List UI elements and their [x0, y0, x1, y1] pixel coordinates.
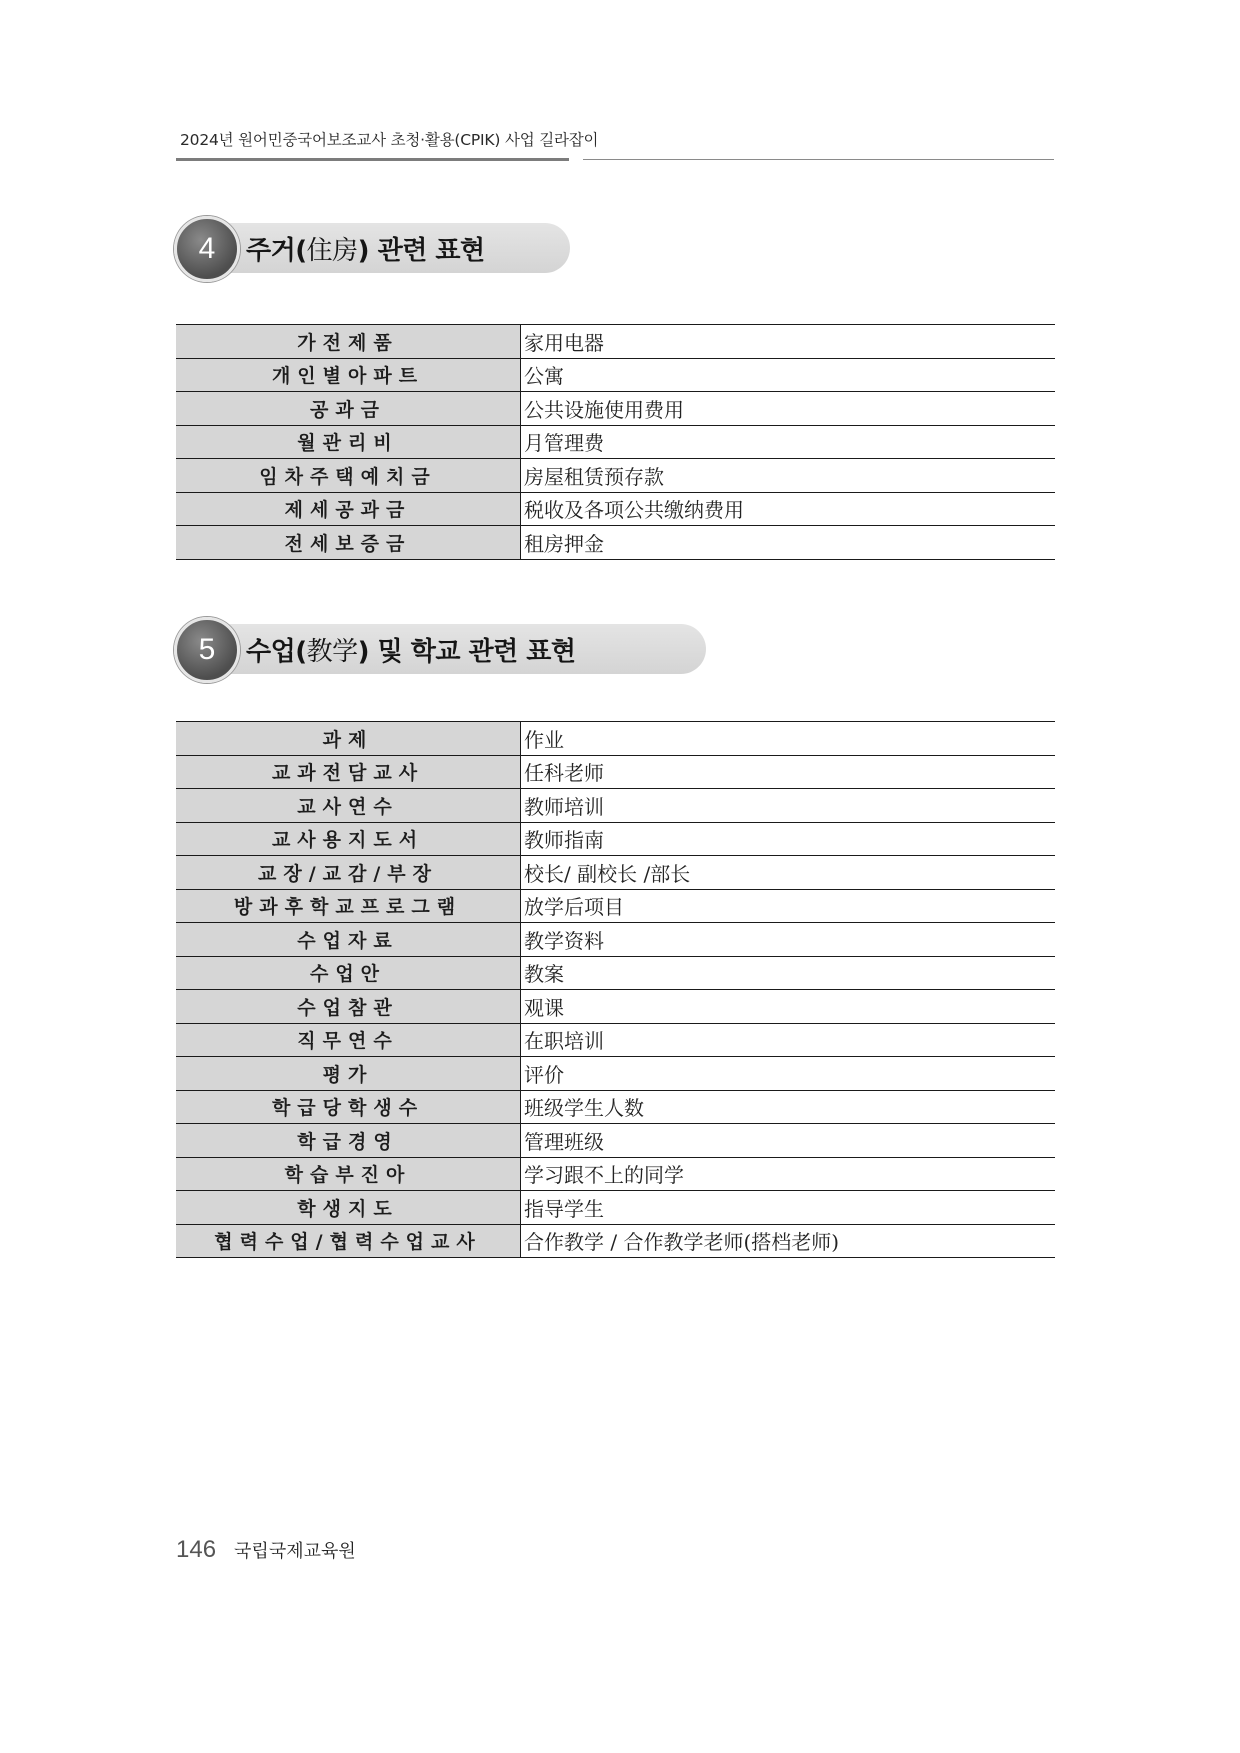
korean-term: 교과전담교사 — [176, 755, 521, 789]
organization-name: 국립국제교육원 — [234, 1537, 356, 1563]
page-footer: 146 국립국제교육원 — [176, 1536, 356, 1564]
chinese-translation: 公寓 — [521, 358, 1056, 392]
korean-term: 과제 — [176, 722, 521, 756]
chinese-translation: 教学资料 — [521, 923, 1056, 957]
korean-term: 학급경영 — [176, 1124, 521, 1158]
table-row: 직무연수在职培训 — [176, 1023, 1055, 1057]
chinese-translation: 在职培训 — [521, 1023, 1056, 1057]
korean-term: 수업자료 — [176, 923, 521, 957]
table-row: 전세보증금租房押金 — [176, 526, 1055, 560]
korean-term: 교사용지도서 — [176, 822, 521, 856]
table-row: 교사용지도서教师指南 — [176, 822, 1055, 856]
section-title: 주거(住房) 관련 표현 — [246, 230, 485, 267]
chinese-translation: 放学后项目 — [521, 889, 1056, 923]
table-row: 학습부진아学习跟不上的同学 — [176, 1157, 1055, 1191]
korean-term: 전세보증금 — [176, 526, 521, 560]
table-row: 교장/교감/부장校长/ 副校长 /部长 — [176, 856, 1055, 890]
korean-term: 방과후학교프로그램 — [176, 889, 521, 923]
header-rule-thin — [583, 159, 1054, 160]
korean-term: 학급당학생수 — [176, 1090, 521, 1124]
running-head: 2024년 원어민중국어보조교사 초청·활용(CPIK) 사업 길라잡이 — [180, 128, 598, 150]
korean-term: 임차주택예치금 — [176, 459, 521, 493]
chinese-translation: 租房押金 — [521, 526, 1056, 560]
table-row: 임차주택예치금房屋租赁预存款 — [176, 459, 1055, 493]
table-row: 학급당학생수班级学生人数 — [176, 1090, 1055, 1124]
table-row: 월관리비月管理费 — [176, 425, 1055, 459]
table-row: 수업안教案 — [176, 956, 1055, 990]
korean-term: 가전제품 — [176, 325, 521, 359]
chinese-translation: 作业 — [521, 722, 1056, 756]
chinese-translation: 教师培训 — [521, 789, 1056, 823]
header-rule-thick — [176, 158, 569, 161]
title-cn: 住房 — [307, 236, 358, 266]
chinese-translation: 月管理费 — [521, 425, 1056, 459]
table-row: 가전제품家用电器 — [176, 325, 1055, 359]
chinese-translation: 学习跟不上的同学 — [521, 1157, 1056, 1191]
title-ko-prefix: 주거( — [246, 236, 307, 266]
chinese-translation: 评价 — [521, 1057, 1056, 1091]
chinese-translation: 合作教学 / 合作教学老师(搭档老师) — [521, 1224, 1056, 1258]
chinese-translation: 房屋租赁预存款 — [521, 459, 1056, 493]
chinese-translation: 家用电器 — [521, 325, 1056, 359]
table-row: 교사연수教师培训 — [176, 789, 1055, 823]
korean-term: 월관리비 — [176, 425, 521, 459]
table-row: 협력수업/협력수업교사合作教学 / 合作教学老师(搭档老师) — [176, 1224, 1055, 1258]
table-row: 학생지도指导学生 — [176, 1191, 1055, 1225]
section-number-badge: 5 — [174, 617, 240, 683]
chinese-translation: 班级学生人数 — [521, 1090, 1056, 1124]
korean-term: 학생지도 — [176, 1191, 521, 1225]
korean-term: 개인별아파트 — [176, 358, 521, 392]
housing-vocab-table: 가전제품家用电器개인별아파트公寓공과금公共设施使用费用월관리비月管理费임차주택예… — [176, 324, 1055, 560]
table-row: 교과전담교사任科老师 — [176, 755, 1055, 789]
table-row: 제세공과금税收及各项公共缴纳费用 — [176, 492, 1055, 526]
korean-term: 직무연수 — [176, 1023, 521, 1057]
table-row: 과제作业 — [176, 722, 1055, 756]
table-row: 학급경영管理班级 — [176, 1124, 1055, 1158]
chinese-translation: 税收及各项公共缴纳费用 — [521, 492, 1056, 526]
chinese-translation: 观课 — [521, 990, 1056, 1024]
korean-term: 교장/교감/부장 — [176, 856, 521, 890]
korean-term: 수업참관 — [176, 990, 521, 1024]
chinese-translation: 公共设施使用费用 — [521, 392, 1056, 426]
korean-term: 평가 — [176, 1057, 521, 1091]
chinese-translation: 教师指南 — [521, 822, 1056, 856]
table-row: 수업자료教学资料 — [176, 923, 1055, 957]
table-row: 평가评价 — [176, 1057, 1055, 1091]
title-cn: 教学 — [307, 637, 358, 667]
chinese-translation: 指导学生 — [521, 1191, 1056, 1225]
chinese-translation: 任科老师 — [521, 755, 1056, 789]
chinese-translation: 教案 — [521, 956, 1056, 990]
korean-term: 협력수업/협력수업교사 — [176, 1224, 521, 1258]
table-row: 방과후학교프로그램放学后项目 — [176, 889, 1055, 923]
chinese-translation: 管理班级 — [521, 1124, 1056, 1158]
table-row: 개인별아파트公寓 — [176, 358, 1055, 392]
korean-term: 학습부진아 — [176, 1157, 521, 1191]
title-ko-suffix: ) 관련 표현 — [358, 236, 485, 266]
table-row: 공과금公共设施使用费用 — [176, 392, 1055, 426]
korean-term: 공과금 — [176, 392, 521, 426]
table-row: 수업참관观课 — [176, 990, 1055, 1024]
school-vocab-table: 과제作业교과전담교사任科老师교사연수教师培训교사용지도서教师指南교장/교감/부장… — [176, 721, 1055, 1258]
korean-term: 교사연수 — [176, 789, 521, 823]
section-title: 수업(教学) 및 학교 관련 표현 — [246, 631, 576, 668]
korean-term: 수업안 — [176, 956, 521, 990]
chinese-translation: 校长/ 副校长 /部长 — [521, 856, 1056, 890]
title-ko-prefix: 수업( — [246, 637, 307, 667]
section-number-badge: 4 — [174, 216, 240, 282]
title-ko-suffix: ) 및 학교 관련 표현 — [358, 637, 576, 667]
korean-term: 제세공과금 — [176, 492, 521, 526]
page-number: 146 — [176, 1536, 216, 1564]
